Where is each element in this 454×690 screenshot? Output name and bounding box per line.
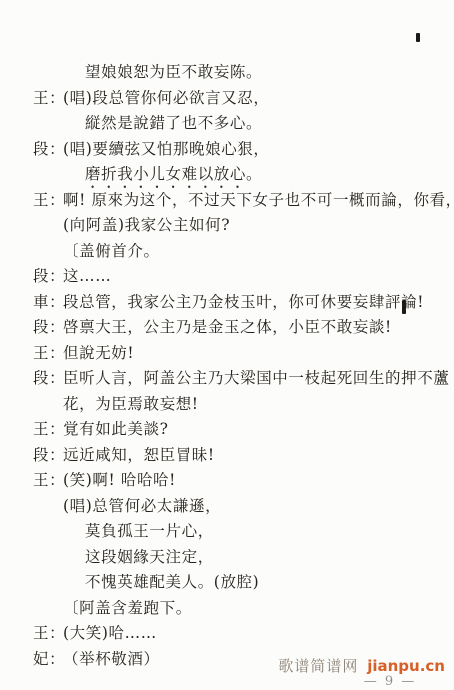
line-text: 啊! 原來为这个，不过天下女子也不可一概而論，你看， <box>63 191 454 209</box>
script-line: 段：这…… <box>0 264 454 290</box>
ink-speck <box>402 300 406 314</box>
text-segment: 莫負孤王一片心， <box>85 522 214 540</box>
script-line: 〔阿盖含羞跑下。 <box>0 596 454 622</box>
line-text: (唱)要續弦又怕那晚娘心狠， <box>63 140 270 158</box>
line-text: 这…… <box>63 267 111 285</box>
text-segment: 望娘娘恕为臣不敢妄陈。 <box>85 63 262 81</box>
line-text: (向阿盖)我家公主如何? <box>63 216 230 234</box>
ink-speck <box>416 33 420 42</box>
line-text: 不愧英雄配美人。(放腔) <box>85 573 259 591</box>
line-text: (大笑)哈…… <box>63 624 157 642</box>
line-text: (笑)啊! 哈哈哈! <box>63 471 176 489</box>
text-segment: 覚有如此美談? <box>63 420 169 438</box>
text-segment: (向阿盖)我家公主如何? <box>63 216 230 234</box>
script-line: 不愧英雄配美人。(放腔) <box>0 570 454 596</box>
page-number: — 9 — <box>348 674 432 689</box>
text-segment: 〔阿盖含羞跑下。 <box>63 599 192 617</box>
line-text: 远近咸知，恕臣冒昧! <box>63 446 215 464</box>
script-line: 望娘娘恕为臣不敢妄陈。 <box>0 60 454 86</box>
speaker-label: 妃： <box>33 647 63 673</box>
line-text: 縦然是說錯了也不多心。 <box>85 114 262 132</box>
script-lines: 望娘娘恕为臣不敢妄陈。王：(唱)段总管你何必欲言又忍，縦然是說錯了也不多心。段：… <box>0 60 454 672</box>
script-line: 这段姻緣天注定， <box>0 545 454 571</box>
line-text: 覚有如此美談? <box>63 420 169 438</box>
script-line: 段：(唱)要續弦又怕那晚娘心狠， <box>0 137 454 163</box>
line-text: 啓禀大王，公主乃是金玉之体，小臣不敢妄談! <box>63 318 392 336</box>
script-line: 段：啓禀大王，公主乃是金玉之体，小臣不敢妄談! <box>0 315 454 341</box>
line-text: 〔盖俯首介。 <box>63 242 160 260</box>
speaker-label: 段： <box>33 366 63 392</box>
text-segment: 啓禀大王，公主乃是金玉之体，小臣不敢妄談! <box>63 318 392 336</box>
text-segment: (唱)段总管你何必欲言又忍， <box>63 89 270 107</box>
line-text: 〔阿盖含羞跑下。 <box>63 599 192 617</box>
script-line: 王：(笑)啊! 哈哈哈! <box>0 468 454 494</box>
speaker-label: 王： <box>33 621 63 647</box>
speaker-label: 段： <box>33 315 63 341</box>
text-segment: (唱)要續弦又怕那晚娘心狠， <box>63 140 270 158</box>
text-segment: (笑)啊! 哈哈哈! <box>63 471 176 489</box>
script-line: (唱)总管何必太謙遜， <box>0 494 454 520</box>
text-segment: (大笑)哈…… <box>63 624 157 642</box>
script-line: 磨折我小儿女难以放心。 <box>0 162 454 188</box>
text-segment: （举杯敬酒） <box>63 650 160 668</box>
speaker-label: 段： <box>33 264 63 290</box>
line-text: 望娘娘恕为臣不敢妄陈。 <box>85 63 262 81</box>
speaker-label: 段： <box>33 137 63 163</box>
text-segment: 这段姻緣天注定， <box>85 548 214 566</box>
watermark-site-name: 歌谱简谱网 <box>278 657 358 675</box>
text-segment: 远近咸知，恕臣冒昧! <box>63 446 215 464</box>
speaker-label: 段： <box>33 443 63 469</box>
script-line: 王：(唱)段总管你何必欲言又忍， <box>0 86 454 112</box>
line-text: 这段姻緣天注定， <box>85 548 214 566</box>
script-line: 王：但說无妨! <box>0 341 454 367</box>
text-segment: 不愧英雄配美人。(放腔) <box>85 573 259 591</box>
text-segment: 啊! 原來为这个，不过天下女子也不可一概而論，你看， <box>63 191 454 209</box>
line-text: 莫負孤王一片心， <box>85 522 214 540</box>
line-text: （举杯敬酒） <box>63 650 160 668</box>
text-segment: (唱)总管何必太謙遜， <box>63 497 221 515</box>
line-text: 磨折我小儿女难以放心。 <box>85 165 262 183</box>
script-line: 王：啊! 原來为这个，不过天下女子也不可一概而論，你看， <box>0 188 454 214</box>
text-segment: 臣听人言，阿盖公主乃大梁国中一枝起死回生的押不蘆 <box>63 369 449 387</box>
line-text: (唱)段总管你何必欲言又忍， <box>63 89 270 107</box>
speaker-label: 車： <box>33 290 63 316</box>
script-line: 莫負孤王一片心， <box>0 519 454 545</box>
text-segment: 。 <box>246 165 262 183</box>
script-line: 花，为臣焉敢妄想! <box>0 392 454 418</box>
script-line: 王：覚有如此美談? <box>0 417 454 443</box>
speaker-label: 王： <box>33 468 63 494</box>
text-segment: 〔盖俯首介。 <box>63 242 160 260</box>
speaker-label: 王： <box>33 341 63 367</box>
line-text: 臣听人言，阿盖公主乃大梁国中一枝起死回生的押不蘆 <box>63 369 449 387</box>
line-text: 段总管，我家公主乃金枝玉叶，你可休要妄肆評論! <box>63 293 424 311</box>
speaker-label: 王： <box>33 188 63 214</box>
watermark-site-url: jianpu.cn <box>367 657 445 675</box>
text-segment: 段总管，我家公主乃金枝玉叶，你可休要妄肆評論! <box>63 293 424 311</box>
watermark: 歌谱简谱网 jianpu.cn <box>278 655 445 676</box>
script-line: 段：远近咸知，恕臣冒昧! <box>0 443 454 469</box>
text-segment: 花，为臣焉敢妄想! <box>63 395 199 413</box>
line-text: 花，为臣焉敢妄想! <box>63 395 199 413</box>
script-line: 王：(大笑)哈…… <box>0 621 454 647</box>
scanned-script-page: 望娘娘恕为臣不敢妄陈。王：(唱)段总管你何必欲言又忍，縦然是說錯了也不多心。段：… <box>0 0 454 690</box>
speaker-label: 王： <box>33 86 63 112</box>
emphasized-text: 磨折我小儿女难以放心 <box>85 165 246 183</box>
script-line: 〔盖俯首介。 <box>0 239 454 265</box>
line-text: 但說无妨! <box>63 344 134 362</box>
script-line: 車：段总管，我家公主乃金枝玉叶，你可休要妄肆評論! <box>0 290 454 316</box>
script-line: (向阿盖)我家公主如何? <box>0 213 454 239</box>
text-segment: 这…… <box>63 267 111 285</box>
text-segment: 但說无妨! <box>63 344 134 362</box>
line-text: (唱)总管何必太謙遜， <box>63 497 221 515</box>
speaker-label: 王： <box>33 417 63 443</box>
script-line: 段：臣听人言，阿盖公主乃大梁国中一枝起死回生的押不蘆 <box>0 366 454 392</box>
script-line: 縦然是說錯了也不多心。 <box>0 111 454 137</box>
text-segment: 縦然是說錯了也不多心。 <box>85 114 262 132</box>
